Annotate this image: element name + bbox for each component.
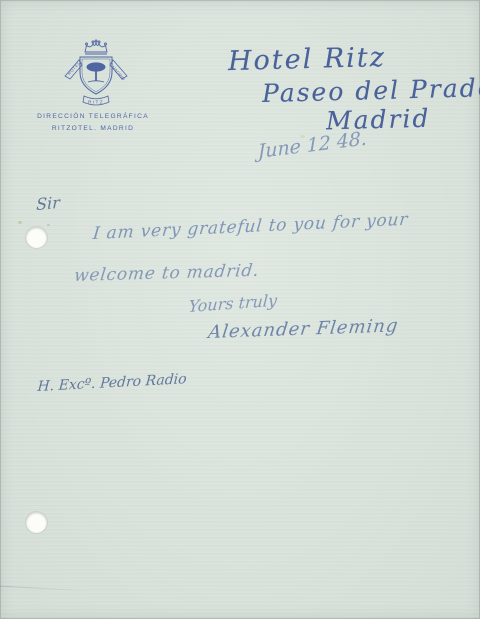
hotel-ritz-crest: HOTEL MADRID RITZ — [55, 36, 137, 112]
telegraph-line2: RITZOTEL. MADRID — [34, 123, 152, 135]
ribbon-right-label: MADRID — [111, 65, 126, 82]
telegraph-address: DIRECCIÓN TELEGRÁFICA RITZOTEL. MADRID — [34, 111, 152, 135]
ribbon-right: MADRID — [110, 60, 127, 82]
crown-icon — [85, 40, 107, 54]
letter-scan: HOTEL MADRID RITZ DIRECCIÓN TELEGRÁFICA … — [0, 0, 480, 619]
ribbon-bottom-label: RITZ — [88, 100, 104, 105]
signature-alexander-fleming: Alexander Fleming — [207, 315, 400, 343]
handwritten-date: June 12 48. — [258, 127, 367, 163]
punch-hole-bottom — [26, 512, 47, 533]
salutation: Sir — [36, 193, 60, 214]
paper-crease — [0, 586, 90, 592]
closing: Yours truly — [188, 291, 278, 316]
addressee-line: H. Excº. Pedro Radio — [37, 371, 187, 395]
paper-stain — [18, 221, 22, 224]
ribbon-left: HOTEL — [65, 60, 82, 79]
letterhead-hotel-name: Hotel Ritz — [228, 42, 387, 77]
letterhead-street: Paseo del Prado — [262, 73, 480, 108]
body-line-1: I am very grateful to you for your — [92, 210, 409, 244]
tree-icon — [87, 62, 106, 82]
punch-hole-top — [26, 227, 47, 248]
body-line-2: welcome to madrid. — [73, 261, 260, 286]
telegraph-line1: DIRECCIÓN TELEGRÁFICA — [34, 111, 152, 123]
ribbon-bottom: RITZ — [83, 96, 109, 105]
paper-stain — [47, 224, 50, 226]
paper-stain — [300, 135, 305, 138]
